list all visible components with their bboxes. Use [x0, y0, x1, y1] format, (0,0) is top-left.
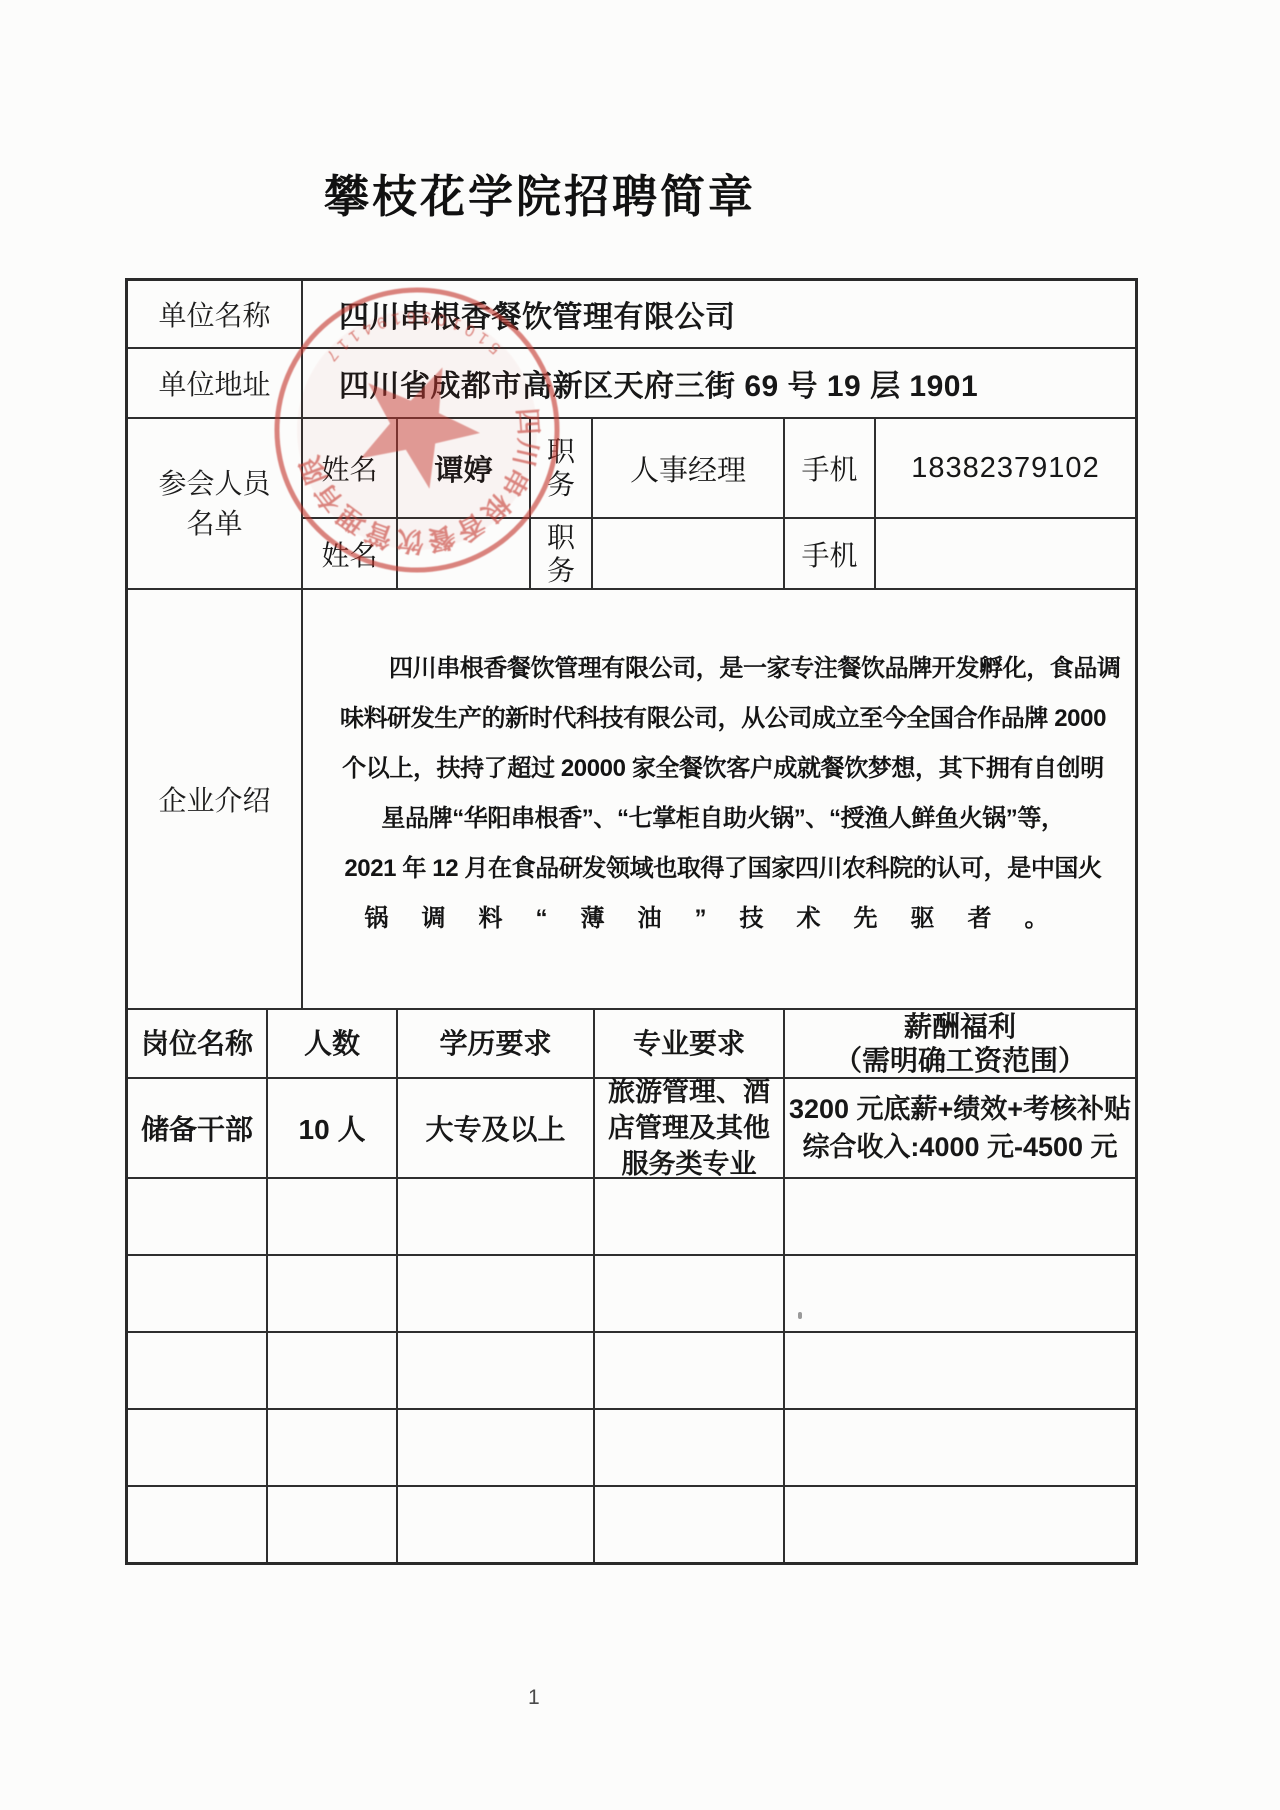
intro-line: 2021 年 12 月在食品研发领域也取得了国家四川农科院的认可，是中国火	[339, 844, 1107, 894]
job-salary: 3200 元底薪+绩效+考核补贴 综合收入:4000 元-4500 元	[785, 1079, 1135, 1177]
intro-line: 锅调料“薄油”技术先驱者。	[339, 894, 1107, 944]
attendee-row: 姓名 谭婷 职务 人事经理 手机 18382379102	[303, 419, 1135, 519]
intro-line: 四川串根香餐饮管理有限公司，是一家专注餐饮品牌开发孵化，食品调	[339, 644, 1107, 694]
company-intro-text: 四川串根香餐饮管理有限公司，是一家专注餐饮品牌开发孵化，食品调 味料研发生产的新…	[303, 590, 1135, 1008]
intro-line: 星品牌“华阳串根香”、“七掌柜自助火锅”、“授渔人鲜鱼火锅”等，	[339, 794, 1107, 844]
header-education: 学历要求	[398, 1010, 595, 1077]
empty-row	[128, 1333, 1135, 1410]
scan-speck-artifact	[798, 1312, 802, 1319]
attendees-rows: 参会人员 名单 姓名 谭婷 职务 人事经理 手机 18382379102 姓名 …	[128, 419, 1135, 590]
table-row: 单位地址 四川省成都市高新区天府三街 69 号 19 层 1901	[128, 349, 1135, 419]
empty-row	[128, 1487, 1135, 1562]
title-label: 职务	[531, 419, 593, 517]
attendee-row: 姓名 职务 手机	[303, 519, 1135, 588]
unit-address-label: 单位地址	[128, 349, 303, 417]
intro-line: 味料研发生产的新时代科技有限公司，从公司成立至今全国合作品牌 2000	[339, 694, 1107, 744]
attendee-name: 谭婷	[398, 419, 531, 517]
intro-line: 个以上，扶持了超过 20000 家全餐饮客户成就餐饮梦想，其下拥有自创明	[339, 744, 1107, 794]
title-label: 职务	[531, 519, 593, 588]
job-position: 储备干部	[128, 1079, 268, 1177]
company-intro-label: 企业介绍	[128, 590, 303, 1008]
phone-label: 手机	[785, 419, 876, 517]
job-major: 旅游管理、酒店管理及其他服务类专业	[595, 1079, 785, 1177]
table-row: 单位名称 四川串根香餐饮管理有限公司	[128, 281, 1135, 349]
attendee-phone: 18382379102	[876, 419, 1135, 517]
unit-address-value: 四川省成都市高新区天府三街 69 号 19 层 1901	[303, 349, 1135, 417]
recruitment-table: 单位名称 四川串根香餐饮管理有限公司 单位地址 四川省成都市高新区天府三街 69…	[125, 278, 1138, 1565]
page-number: 1	[528, 1686, 540, 1710]
phone-label: 手机	[785, 519, 876, 588]
job-count: 10 人	[268, 1079, 398, 1177]
header-salary: 薪酬福利 （需明确工资范围）	[785, 1010, 1135, 1077]
header-count: 人数	[268, 1010, 398, 1077]
empty-row	[128, 1410, 1135, 1487]
page-title: 攀枝花学院招聘简章	[0, 160, 1180, 225]
scanned-recruitment-form: 攀枝花学院招聘简章 单位名称 四川串根香餐饮管理有限公司 单位地址 四川省成都市…	[0, 0, 1280, 1810]
company-intro-row: 企业介绍 四川串根香餐饮管理有限公司，是一家专注餐饮品牌开发孵化，食品调 味料研…	[128, 590, 1135, 1010]
attendee-phone	[876, 519, 1135, 588]
header-position: 岗位名称	[128, 1010, 268, 1077]
unit-name-value: 四川串根香餐饮管理有限公司	[303, 281, 1135, 347]
name-label: 姓名	[303, 519, 398, 588]
job-education: 大专及以上	[398, 1079, 595, 1177]
header-major: 专业要求	[595, 1010, 785, 1077]
job-header-row: 岗位名称 人数 学历要求 专业要求 薪酬福利 （需明确工资范围）	[128, 1010, 1135, 1079]
unit-name-label: 单位名称	[128, 281, 303, 347]
job-data-row: 储备干部 10 人 大专及以上 旅游管理、酒店管理及其他服务类专业 3200 元…	[128, 1079, 1135, 1179]
attendee-title: 人事经理	[593, 419, 785, 517]
attendees-grid: 姓名 谭婷 职务 人事经理 手机 18382379102 姓名 职务 手机	[303, 419, 1135, 588]
attendees-label: 参会人员 名单	[128, 419, 303, 588]
attendee-name	[398, 519, 531, 588]
empty-row	[128, 1179, 1135, 1256]
empty-row	[128, 1256, 1135, 1333]
name-label: 姓名	[303, 419, 398, 517]
attendee-title	[593, 519, 785, 588]
